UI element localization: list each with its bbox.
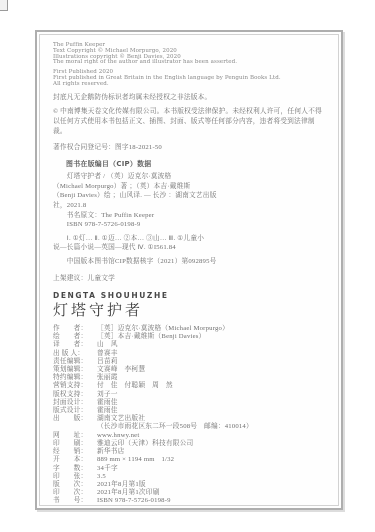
colophon-value: 刘子一 (97, 391, 118, 398)
colophon-row-special-editor: 特约编辑：张丽霞 (53, 374, 325, 382)
english-copyright-line: The moral right of the author and illust… (53, 60, 325, 66)
cip-entry-line: 灯塔守护者 / （英）迈克尔·莫波格 (53, 172, 325, 182)
anti-piracy-notice: 封底凡无企鹅防伪标识者均属未经授权之非法版本。 (53, 94, 325, 102)
colophon-label: 印 张： (53, 473, 97, 481)
colophon-value: 新华书店 (97, 448, 125, 455)
colophon-row-marketing: 营销支持：付 佳 付聪颖 周 然 (53, 382, 325, 390)
cip-entry-line: （Benji Davies）绘 ；山风译. — 长沙 ：湖南文艺出版 (53, 191, 325, 201)
colophon-row-printing: 印 次：2021年8月第1次印刷 (53, 489, 325, 497)
colophon-label: 责任编辑： (53, 358, 97, 366)
colophon-value: 3.5 (97, 473, 106, 480)
book-title-pinyin: DENGTA SHOUHUZHE (53, 291, 325, 300)
copyright-notice: © 中南博集天卷文化传媒有限公司。本书版权受法律保护。未经权利人许可，任何人不得… (53, 107, 327, 138)
colophon-row-isbn: 书 号：ISBN 978-7-5726-0198-9 (53, 497, 325, 505)
colophon-row-printer: 印 刷：雅迪云印（天津）科技有限公司 (53, 440, 325, 448)
page-border-frame: The Puffin Keeper Text Copyright © Micha… (35, 30, 343, 510)
colophon-value: 霍雨佳 (97, 399, 118, 406)
cip-classification-block: Ⅰ. ①灯… Ⅱ. ①迈… ②本… ③山… Ⅲ. ①儿童小 说—长篇小说—英国—… (53, 234, 325, 253)
colophon-row-editor: 责任编辑：吕苗莉 (53, 358, 325, 366)
colophon-row-layout-design: 版式设计：霍雨佳 (53, 407, 325, 415)
colophon-row-distributor: 经 销：新华书店 (53, 448, 325, 456)
colophon-row-word-count: 字 数：34千字 (53, 465, 325, 473)
colophon-value: 吕苗莉 (97, 358, 118, 365)
page-content: The Puffin Keeper Text Copyright © Micha… (39, 34, 339, 506)
colophon-value: 山 风 (97, 341, 118, 348)
book-title-chinese: 灯塔守护者 (53, 302, 325, 319)
colophon-list: 作 者：［英］迈克尔·莫波格（Michael Morpurgo） 绘 者：［英］… (53, 325, 325, 506)
colophon-value: www.hnwy.net (97, 432, 139, 439)
colophon-value: ISBN 978-7-5726-0198-9 (97, 497, 171, 504)
colophon-label: 字 数： (53, 465, 97, 473)
colophon-label: 营销支持： (53, 382, 97, 390)
colophon-row-edition: 版 次：2021年8月第1版 (53, 481, 325, 489)
english-copyright-line: All rights reserved. (53, 82, 325, 88)
colophon-value: 文赛峰 李柯慧 (97, 366, 145, 373)
colophon-label: 网 址： (53, 432, 97, 440)
colophon-value: （长沙市雨花区东二环一段508号 邮编：410014） (97, 423, 253, 430)
cip-entry-line: 书名原文：The Puffin Keeper (53, 211, 325, 221)
english-copyright-block-1: The Puffin Keeper Text Copyright © Micha… (53, 43, 325, 66)
cip-entry-line: （Michael Morpurgo）著 ；（英）本吉·戴维斯 (53, 182, 325, 192)
cip-classification-line: 说—长篇小说—英国—现代 Ⅳ. ①I561.84 (53, 243, 325, 253)
colophon-value: 付 佳 付聪颖 周 然 (97, 382, 173, 389)
colophon-label: 书 号： (53, 497, 97, 505)
registration-line: 著作权合同登记号：图字18-2021-50 (53, 144, 325, 152)
colophon-label: 出 版 人： (53, 350, 97, 358)
colophon-row-website: 网 址：www.hnwy.net (53, 432, 325, 440)
cip-classification-line: Ⅰ. ①灯… Ⅱ. ①迈… ②本… ③山… Ⅲ. ①儿童小 (53, 234, 325, 244)
colophon-row-format: 开 本：889 mm × 1194 mm 1/32 (53, 456, 325, 464)
colophon-value: 湖南文艺出版社 (97, 415, 145, 422)
colophon-label: 开 本： (53, 456, 97, 464)
colophon-row-illustrator: 绘 者：［英］本吉·戴维斯（Benji Davies） (53, 333, 325, 341)
colophon-value: 2021年8月第1次印刷 (97, 489, 160, 496)
colophon-label: 出 版： (53, 415, 97, 423)
colophon-label: 印 刷： (53, 440, 97, 448)
colophon-value: ［英］迈克尔·莫波格（Michael Morpurgo） (97, 325, 229, 332)
cip-entry-line: ISBN 978-7-5726-0198-9 (53, 220, 325, 230)
cip-record-line: 中国版本图书馆CIP数据核字（2021）第092895号 (53, 258, 325, 266)
colophon-value: 曾赛丰 (97, 350, 118, 357)
colophon-row-publisher-person: 出 版 人：曾赛丰 (53, 350, 325, 358)
colophon-label: 版权支持： (53, 391, 97, 399)
colophon-label: 版 次： (53, 481, 97, 489)
colophon-row-cover-design: 封面设计：霍雨佳 (53, 399, 325, 407)
shelf-suggestion: 上架建议：儿童文学 (53, 275, 325, 283)
colophon-row-planning-editor: 策划编辑：文赛峰 李柯慧 (53, 366, 325, 374)
colophon-row-translator: 译 者：山 风 (53, 341, 325, 349)
colophon-row-sheets: 印 张：3.5 (53, 473, 325, 481)
colophon-row-rights-support: 版权支持：刘子一 (53, 391, 325, 399)
cip-header: 图书在版编目（CIP）数据 (53, 160, 325, 169)
colophon-value: 霍雨佳 (97, 407, 118, 414)
colophon-value: 2021年8月第1版 (97, 481, 146, 488)
colophon-value: 34千字 (97, 465, 118, 472)
scan-artifact (0, 0, 8, 11)
cip-entry-block: 灯塔守护者 / （英）迈克尔·莫波格 （Michael Morpurgo）著 ；… (53, 172, 325, 230)
colophon-value: 889 mm × 1194 mm 1/32 (97, 456, 174, 463)
english-copyright-block-2: First Published 2020 First published in … (53, 70, 325, 87)
colophon-label: 封面设计： (53, 399, 97, 407)
cip-entry-line: 社，2021.8 (53, 201, 325, 211)
colophon-value: 雅迪云印（天津）科技有限公司 (97, 440, 193, 447)
colophon-value: ［英］本吉·戴维斯（Benji Davies） (97, 333, 205, 340)
colophon-value: 张丽霞 (97, 374, 118, 381)
colophon-row-publisher-address: （长沙市雨花区东二环一段508号 邮编：410014） (53, 423, 325, 431)
colophon-label: 译 者： (53, 341, 97, 349)
